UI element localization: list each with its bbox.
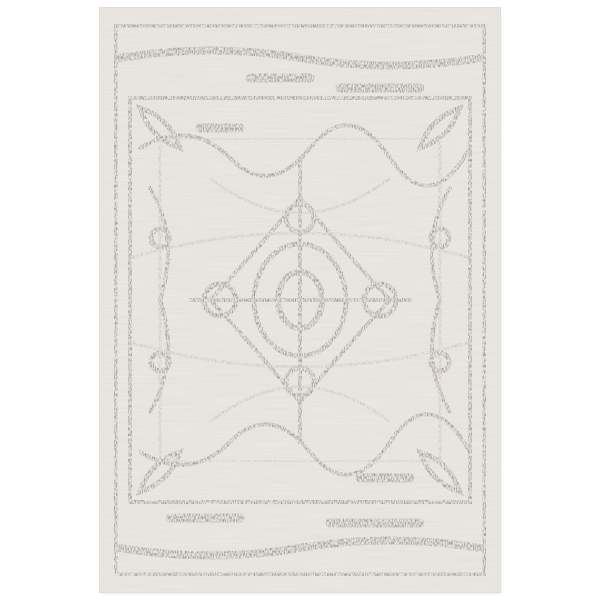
rug: [100, 8, 500, 592]
product-image: [0, 0, 600, 600]
rug-pattern: [100, 8, 500, 592]
